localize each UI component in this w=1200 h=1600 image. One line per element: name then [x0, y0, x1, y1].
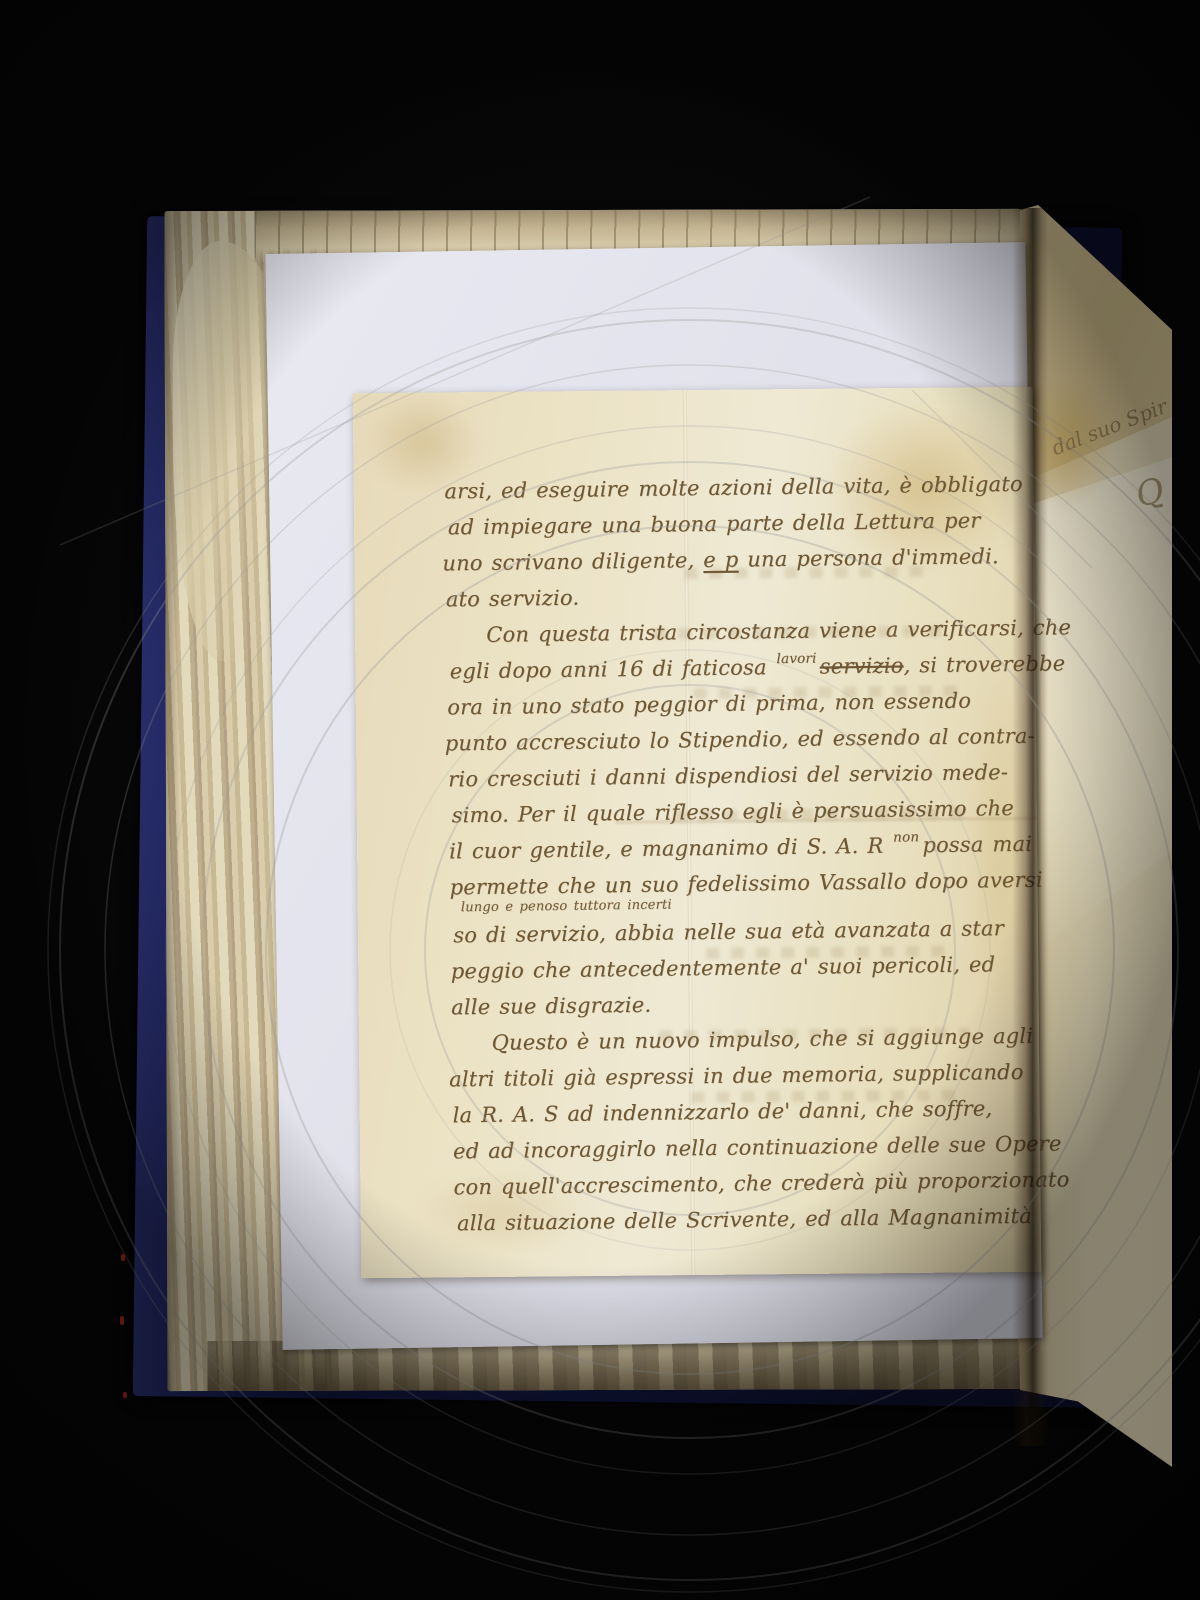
manuscript-word: non [893, 819, 920, 855]
manuscript-letter: arsi, ed eseguire molte azioni della vit… [353, 387, 1041, 1278]
manuscript-word: egli dopo anni 16 di faticosa [450, 655, 776, 683]
manuscript-word: altri titoli già espressi in due memoria… [449, 1060, 1024, 1092]
manuscript-word: la R. A. S ad indennizzarlo de' danni, c… [452, 1096, 992, 1127]
manuscript-word: punto accresciuto lo Stipendio, ed essen… [445, 724, 1035, 756]
manuscript-word: con quell'accrescimento, che crederà più… [453, 1167, 1069, 1199]
manuscript-word: e p [703, 548, 738, 572]
manuscript-word: ad impiegare una buona parte della Lettu… [448, 508, 981, 539]
dust-speck [121, 1254, 125, 1261]
manuscript-word: peggio che antecedentemente a' suoi peri… [451, 952, 996, 983]
manuscript-word: rio cresciuti i danni dispendiosi del se… [448, 760, 1008, 791]
dust-speck [123, 1392, 127, 1398]
manuscript-word: arsi, ed eseguire molte azioni della vit… [444, 472, 1023, 504]
manuscript-line: alla situazione delle Scrivente, ed alla… [457, 1198, 1042, 1242]
manuscript-word: il cuor gentile, e magnanimo di S. A. R [449, 834, 892, 864]
manuscript-word: servizio [820, 653, 904, 678]
manuscript-text: arsi, ed eseguire molte azioni della vit… [444, 466, 1039, 1242]
manuscript-word: una persona d'immedi. [738, 544, 999, 571]
manuscript-word: ora in uno stato peggior di prima, non e… [447, 689, 971, 720]
dust-speck [120, 1316, 124, 1325]
manuscript-word: lavori [776, 641, 817, 678]
manuscript-word: Questo è un nuovo impulso, che si aggiun… [492, 1024, 1034, 1055]
manuscript-word: ed ad incoraggirlo nella continuazione d… [453, 1131, 1062, 1163]
photo-stage: dal suo Spir Q arsi, ed eseguire molte a… [0, 0, 1200, 1600]
manuscript-word: simo. Per il quale riflesso egli è persu… [452, 796, 1015, 827]
manuscript-word: so di servizio, abbia nelle sua età avan… [453, 916, 1004, 947]
manuscript-word: uno scrivano diligente, [442, 548, 703, 575]
manuscript-word: lungo e penoso tuttora incerti [461, 897, 672, 915]
manuscript-word: alla situazione delle Scrivente, ed alla… [457, 1204, 1032, 1236]
book-gutter-shadow [1012, 208, 1048, 1446]
manuscript-word: ato servizio. [446, 586, 580, 612]
manuscript-word: alle sue disgrazie. [451, 993, 651, 1020]
